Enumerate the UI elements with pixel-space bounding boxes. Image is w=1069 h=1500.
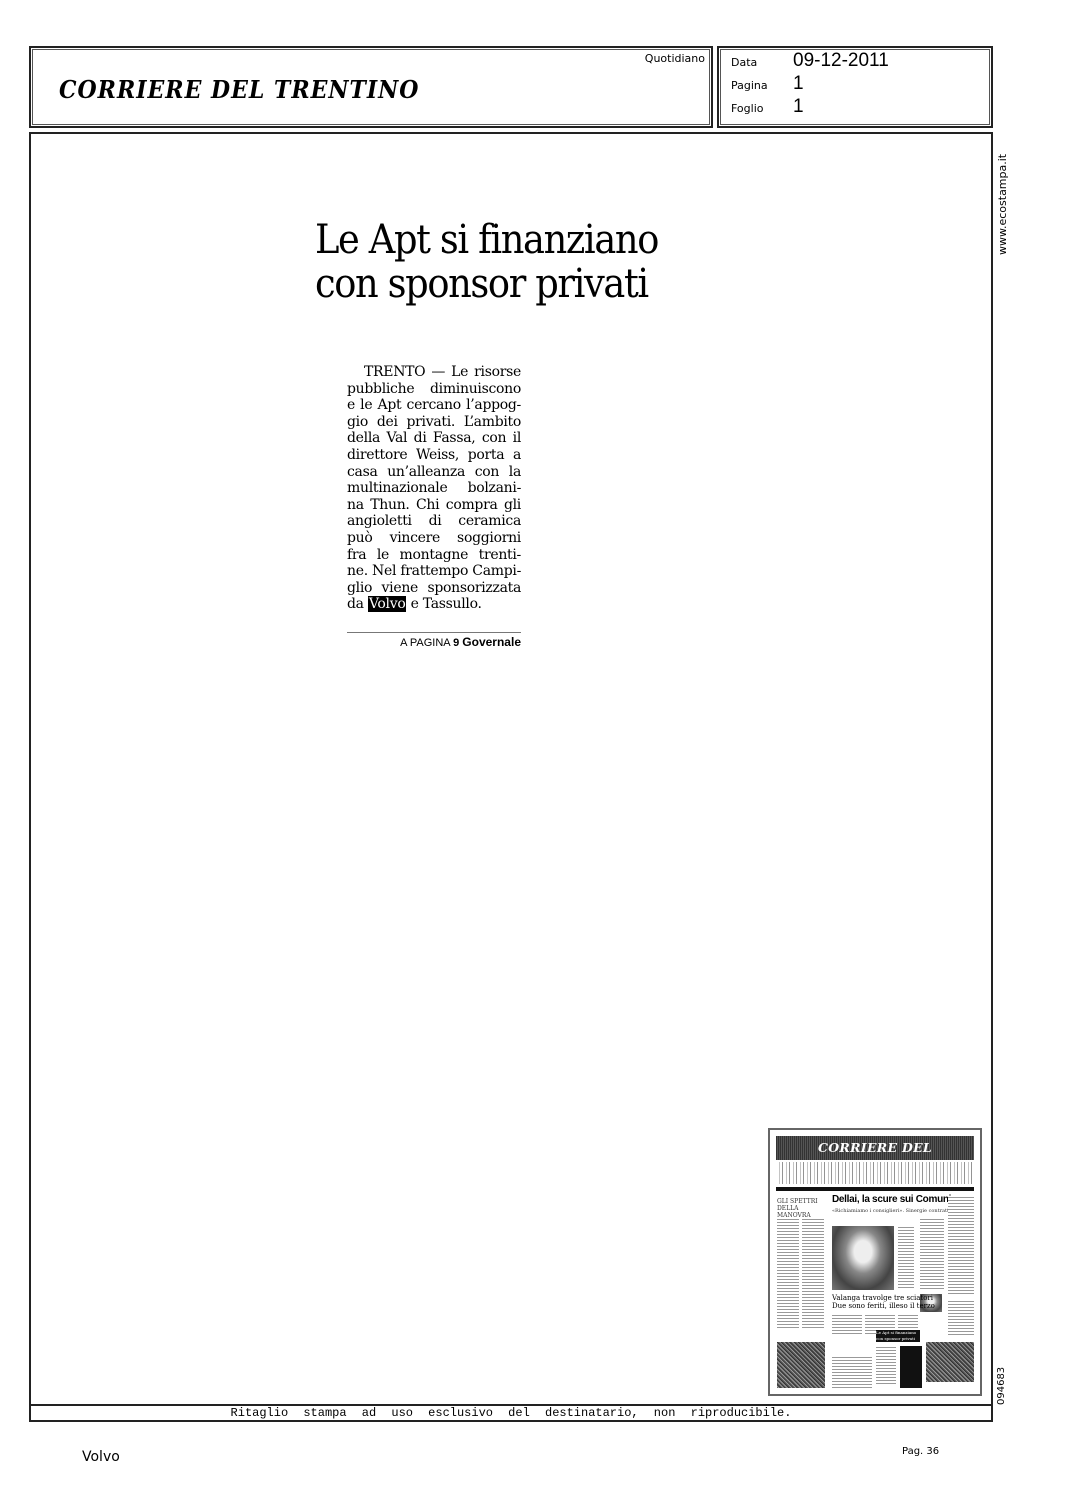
meta-box: Data 09-12-2011 Pagina 1 Foglio 1 <box>717 46 993 128</box>
thumbnail-main-headline: Dellai, la scure sui Comuni <box>832 1194 951 1205</box>
thumbnail-second-headline: Valanga travolge tre sciatori Due sono f… <box>832 1294 935 1310</box>
thumbnail-text-column <box>920 1218 944 1290</box>
body-line: può vincere soggiorni <box>347 530 521 547</box>
meta-row-page: Pagina 1 <box>731 73 804 95</box>
body-line: TRENTO — Le risorse <box>347 364 521 381</box>
thumbnail-photo <box>832 1226 894 1290</box>
body-line: multinazionale bolzani- <box>347 480 521 497</box>
body-line: ne. Nel frattempo Campi- <box>347 563 521 580</box>
disclaimer-text: Ritaglio stampa ad uso esclusivo del des… <box>29 1406 993 1420</box>
meta-value-sheet: 1 <box>793 96 804 118</box>
headline-line: Le Apt si finanziano <box>315 218 658 262</box>
thumbnail-boxed-article: Le Apt si finanziano con sponsor privati <box>876 1330 920 1342</box>
headline-line: con sponsor privati <box>315 262 658 306</box>
body-line: casa un’alleanza con la <box>347 464 521 481</box>
thumbnail-black-bar <box>776 1187 974 1191</box>
footer-keyword: Volvo <box>82 1449 120 1465</box>
body-line: angioletti di ceramica <box>347 513 521 530</box>
meta-row-sheet: Foglio 1 <box>731 96 804 118</box>
publication-frequency: Quotidiano <box>645 52 705 65</box>
body-line: direttore Weiss, porta a <box>347 447 521 464</box>
thumbnail-text-column <box>876 1346 896 1386</box>
thumbnail-left-title: GLI SPETTRI DELLA MANOVRA <box>777 1198 827 1219</box>
thumbnail-text-column <box>777 1218 799 1330</box>
thumbnail-text-column <box>898 1226 914 1290</box>
meta-row-date: Data 09-12-2011 <box>731 50 889 72</box>
thumbnail-text-column <box>948 1196 974 1296</box>
meta-label: Pagina <box>731 79 793 92</box>
footer-page-number: Pag. 36 <box>902 1446 939 1457</box>
publication-name: CORRIERE DEL TRENTINO <box>59 76 419 105</box>
highlighted-keyword: Volvo <box>368 596 407 612</box>
page-ref-prefix: A PAGINA <box>400 637 450 649</box>
meta-value-date: 09-12-2011 <box>793 50 889 72</box>
thumbnail-headline-line: Due sono feriti, illeso il terzo <box>832 1302 935 1310</box>
thumbnail-text-column <box>948 1300 974 1336</box>
side-url: www.ecostampa.it <box>996 140 1014 255</box>
thumbnail-headline-line: Valanga travolge tre sciatori <box>832 1294 935 1302</box>
body-word: da <box>347 596 364 612</box>
body-line: e le Apt cercano l’appog- <box>347 397 521 414</box>
thumbnail-masthead: CORRIERE DEL TRENTINO <box>776 1136 974 1160</box>
thumbnail-ad-block <box>777 1342 825 1388</box>
article-divider <box>347 632 521 633</box>
page-ref-section: Governale <box>462 635 521 649</box>
body-line: fra le montagne trenti- <box>347 547 521 564</box>
thumbnail-text-column <box>832 1314 862 1336</box>
body-line: pubbliche diminuiscono <box>347 381 521 398</box>
meta-label: Foglio <box>731 102 793 115</box>
body-line: na Thun. Chi compra gli <box>347 497 521 514</box>
masthead-box: CORRIERE DEL TRENTINO Quotidiano <box>29 46 713 128</box>
thumbnail-subhead: «Richiamiamo i consiglieri». Sinergie co… <box>832 1208 965 1214</box>
side-code: 094683 <box>996 1355 1014 1405</box>
thumbnail-top-strip <box>776 1162 974 1184</box>
body-line: gio dei privati. L’ambito <box>347 414 521 431</box>
page-ref-number: 9 <box>453 637 459 649</box>
body-word: e Tassullo. <box>411 596 482 612</box>
thumbnail-dark-box <box>900 1346 922 1388</box>
body-line-last: da Volvo e Tassullo. <box>347 596 521 613</box>
article-body: TRENTO — Le risorse pubbliche diminuisco… <box>347 364 521 613</box>
thumbnail-text-column <box>832 1356 872 1388</box>
body-line: glio viene sponsorizzata <box>347 580 521 597</box>
front-page-thumbnail: CORRIERE DEL TRENTINO GLI SPETTRI DELLA … <box>768 1128 982 1396</box>
meta-value-page: 1 <box>793 73 804 95</box>
thumbnail-ad-block <box>926 1342 974 1382</box>
body-line: della Val di Fassa, con il <box>347 430 521 447</box>
page-reference: A PAGINA 9 Governale <box>347 635 521 649</box>
article-headline: Le Apt si finanziano con sponsor privati <box>315 218 658 306</box>
meta-label: Data <box>731 56 793 69</box>
thumbnail-text-column <box>802 1218 824 1330</box>
